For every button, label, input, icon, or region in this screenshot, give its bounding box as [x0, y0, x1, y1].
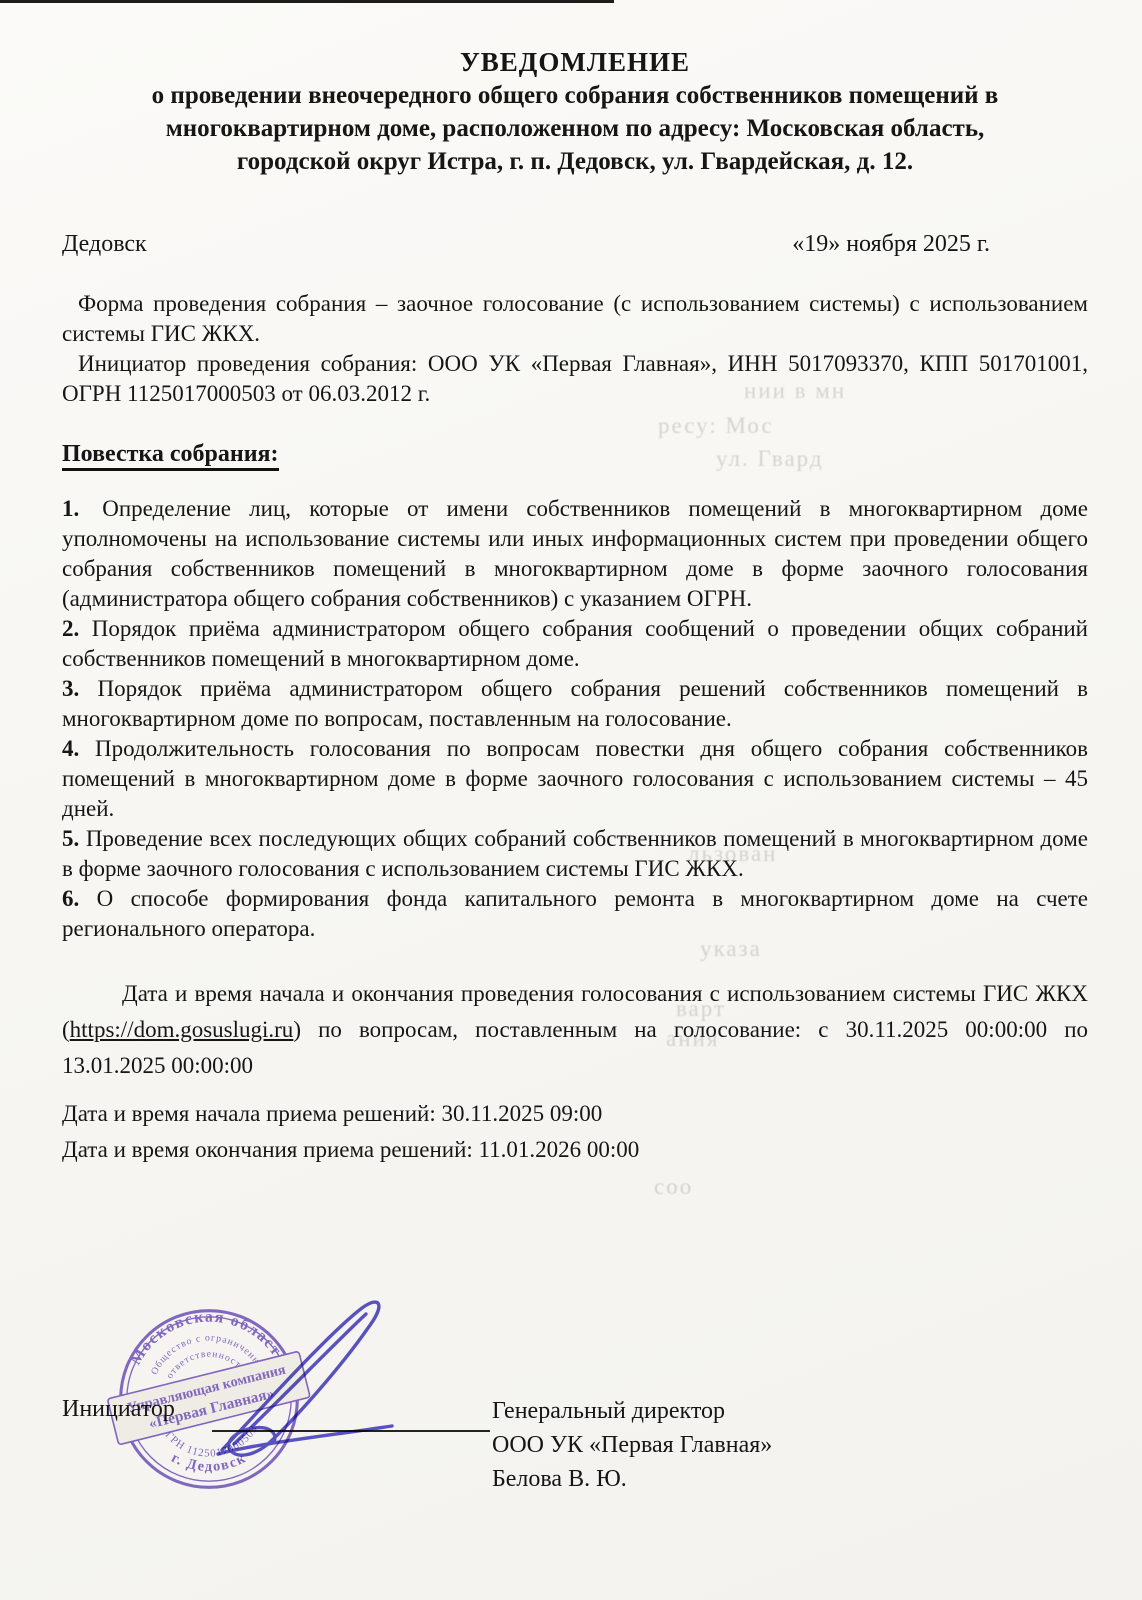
agenda-item: 4. Продолжительность голосования по вопр… — [62, 734, 1088, 824]
bleedthrough-text: варт — [676, 996, 726, 1022]
bleedthrough-text: ул. Гвард — [716, 446, 824, 472]
agenda-item-number: 1. — [62, 496, 79, 521]
meeting-form-paragraph: Форма проведения собрания – заочное голо… — [62, 289, 1088, 349]
initiator-paragraph: Инициатор проведения собрания: ООО УК «П… — [62, 349, 1088, 409]
scan-edge-artifact — [0, 0, 614, 3]
bleedthrough-text: указа — [700, 936, 762, 962]
agenda-item-number: 5. — [62, 826, 79, 851]
agenda-item-number: 6. — [62, 886, 79, 911]
agenda-item-number: 2. — [62, 616, 79, 641]
bleedthrough-text: нии в мн — [744, 378, 846, 404]
agenda-item-text: Порядок приёма администратором общего со… — [62, 616, 1088, 671]
director-name: Белова В. Ю. — [492, 1462, 772, 1496]
agenda-item-text: Проведение всех последующих общих собран… — [62, 826, 1088, 881]
agenda-item: 2. Порядок приёма администратором общего… — [62, 614, 1088, 674]
subtitle-line: о проведении внеочередного общего собран… — [62, 80, 1088, 111]
agenda-heading: Повестка собрания: — [62, 439, 1088, 470]
document-content: УВЕДОМЛЕНИЕ о проведении внеочередного о… — [0, 0, 1142, 1168]
agenda-item: 3. Порядок приёма администратором общего… — [62, 674, 1088, 734]
company-name: ООО УК «Первая Главная» — [492, 1428, 772, 1462]
agenda-item-text: О способе формирования фонда капитальног… — [62, 886, 1088, 941]
agenda-item: 6. О способе формирования фонда капиталь… — [62, 884, 1088, 944]
pen-signature — [208, 1292, 408, 1482]
agenda-item: 1. Определение лиц, которые от имени соб… — [62, 494, 1088, 614]
gosuslugi-link[interactable]: https://dom.gosuslugi.ru — [70, 1017, 294, 1042]
bleedthrough-text: ания — [666, 1026, 719, 1052]
decisions-start-line: Дата и время начала приема решений: 30.1… — [62, 1096, 1088, 1132]
decisions-block: Дата и время начала приема решений: 30.1… — [62, 1096, 1088, 1168]
document-subtitle: о проведении внеочередного общего собран… — [62, 80, 1088, 177]
director-signature-block: Генеральный директор ООО УК «Первая Глав… — [492, 1394, 772, 1496]
bleedthrough-text: льзован — [688, 841, 778, 867]
meta-row: Дедовск «19» ноября 2025 г. — [62, 229, 1088, 259]
decisions-end-line: Дата и время окончания приема решений: 1… — [62, 1132, 1088, 1168]
agenda-item-text: Продолжительность голосования по вопроса… — [62, 736, 1088, 821]
date-label: «19» ноября 2025 г. — [792, 229, 1088, 259]
intro-block: Форма проведения собрания – заочное голо… — [62, 289, 1088, 409]
bleedthrough-text: соо — [654, 1174, 693, 1200]
subtitle-line: многоквартирном доме, расположенном по а… — [62, 113, 1088, 144]
agenda-item-number: 4. — [62, 736, 79, 761]
document-page: УВЕДОМЛЕНИЕ о проведении внеочередного о… — [0, 0, 1142, 1600]
city-label: Дедовск — [62, 229, 147, 259]
agenda-item-text: Определение лиц, которые от имени собств… — [62, 496, 1088, 611]
agenda-item-number: 3. — [62, 676, 79, 701]
document-title: УВЕДОМЛЕНИЕ — [62, 46, 1088, 78]
agenda-item: 5. Проведение всех последующих общих соб… — [62, 824, 1088, 884]
agenda-item-text: Порядок приёма администратором общего со… — [62, 676, 1088, 731]
bleedthrough-text: ресу: Мос — [658, 413, 774, 439]
subtitle-line: городской округ Истра, г. п. Дедовск, ул… — [62, 146, 1088, 177]
agenda-list: 1. Определение лиц, которые от имени соб… — [62, 494, 1088, 944]
voting-period-paragraph: Дата и время начала и окончания проведен… — [62, 976, 1088, 1084]
director-title: Генеральный директор — [492, 1394, 772, 1428]
